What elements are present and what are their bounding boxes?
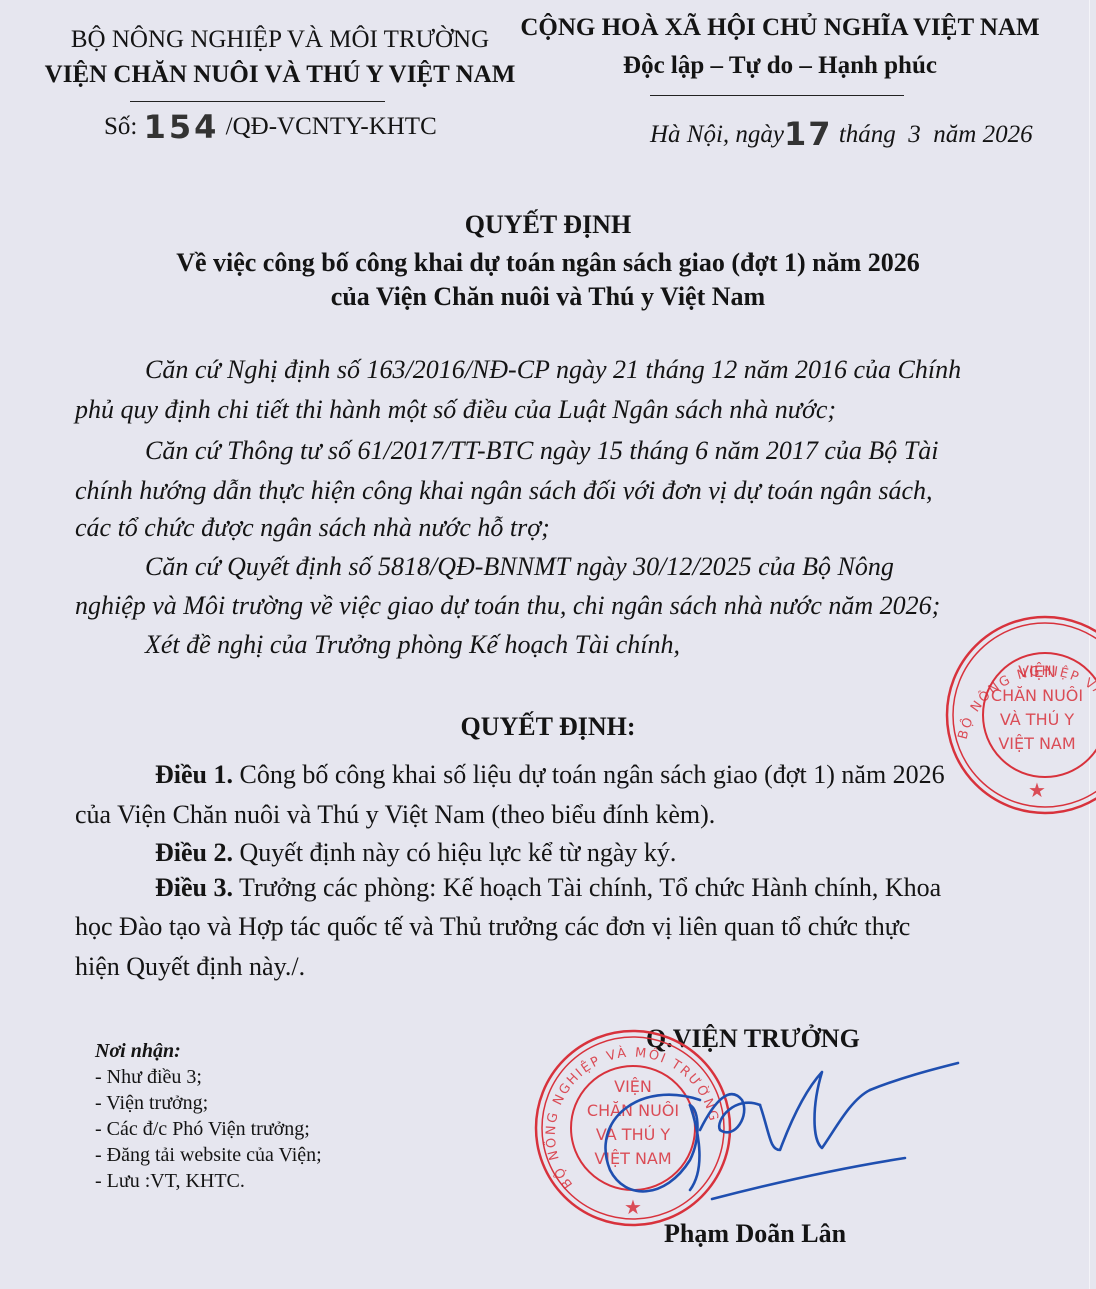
doc-number-suffix: /QĐ-VCNTY-KHTC [226, 113, 437, 140]
doc-number-prefix: Số: [104, 113, 137, 140]
article-3-text: Trưởng các phòng: Kế hoạch Tài chính, Tổ… [233, 873, 941, 902]
preamble-2-line2: chính hướng dẫn thực hiện công khai ngân… [75, 476, 933, 506]
recipient-item: - Các đ/c Phó Viện trưởng; [95, 1118, 310, 1141]
page-edge [1089, 0, 1090, 1289]
article-1-line2: của Viện Chăn nuôi và Thú y Việt Nam (th… [75, 800, 715, 830]
svg-text:VIỆN: VIỆN [614, 1077, 652, 1096]
svg-text:CHĂN NUÔI: CHĂN NUÔI [587, 1101, 679, 1120]
article-2: Điều 2. Quyết định này có hiệu lực kể từ… [155, 838, 676, 868]
document-subtitle-line2: của Viện Chăn nuôi và Thú y Việt Nam [0, 282, 1096, 312]
svg-text:CHĂN NUÔI: CHĂN NUÔI [991, 686, 1083, 705]
signer-name: Phạm Doãn Lân [664, 1219, 846, 1249]
svg-text:VIỆN: VIỆN [1018, 662, 1056, 681]
date-suffix: tháng 3 năm 2026 [833, 121, 1033, 148]
article-2-label: Điều 2. [155, 838, 233, 867]
recipient-item: - Viện trưởng; [95, 1092, 208, 1115]
article-1-text: Công bố công khai số liệu dự toán ngân s… [233, 760, 945, 789]
preamble-3-line2: nghiệp và Môi trường về việc giao dự toá… [75, 591, 940, 621]
signer-title: Q.VIỆN TRƯỞNG [646, 1024, 860, 1054]
date-day-stamp: 17 [784, 115, 833, 153]
article-3-line3: hiện Quyết định này./. [75, 952, 305, 982]
preamble-3-line1: Căn cứ Quyết định số 5818/QĐ-BNNMT ngày … [145, 552, 894, 582]
article-3-line2: học Đào tạo và Hợp tác quốc tế và Thủ tr… [75, 912, 910, 942]
svg-text:VIỆT NAM: VIỆT NAM [594, 1149, 671, 1168]
issue-date: Hà Nội, ngày17 tháng 3 năm 2026 [650, 112, 1033, 150]
article-3-line1: Điều 3. Trưởng các phòng: Kế hoạch Tài c… [155, 873, 941, 903]
preamble-1-line2: phủ quy định chi tiết thi hành một số đi… [75, 395, 836, 425]
recipient-item: - Như điều 3; [95, 1066, 202, 1089]
document-title: QUYẾT ĐỊNH [0, 210, 1096, 240]
date-prefix: Hà Nội, ngày [650, 121, 784, 148]
article-1-line1: Điều 1. Công bố công khai số liệu dự toá… [155, 760, 945, 790]
republic-name: CỘNG HOÀ XÃ HỘI CHỦ NGHĨA VIỆT NAM [520, 14, 1040, 42]
header-right-rule [650, 95, 904, 96]
preamble-1-line1: Căn cứ Nghị định số 163/2016/NĐ-CP ngày … [145, 355, 961, 385]
ministry-name: BỘ NÔNG NGHIỆP VÀ MÔI TRƯỜNG [40, 26, 520, 54]
svg-text:BỘ NÔNG NGHIỆP VÀ MÔI TRƯỜNG: BỘ NÔNG NGHIỆP VÀ MÔI TRƯỜNG [543, 1045, 721, 1191]
article-2-text: Quyết định này có hiệu lực kể từ ngày ký… [233, 838, 676, 867]
svg-text:★: ★ [1028, 780, 1046, 802]
article-1-label: Điều 1. [155, 760, 233, 789]
svg-text:BỘ NÔNG NGHIỆP VÀ MÔI TRƯỜNG: BỘ NÔNG NGHIỆP VÀ MÔI TRƯỜNG [956, 664, 1096, 756]
official-seal-icon: VIỆN CHĂN NUÔI VÀ THÚ Y VIỆT NAM ★ BỘ NÔ… [536, 1031, 730, 1225]
document-subtitle-line1: Về việc công bố công khai dự toán ngân s… [0, 248, 1096, 278]
decision-heading: QUYẾT ĐỊNH: [0, 712, 1096, 742]
svg-text:VÀ THÚ Y: VÀ THÚ Y [596, 1125, 671, 1144]
recipients-title: Nơi nhận: [95, 1040, 181, 1063]
header-left-rule [130, 101, 385, 102]
handwritten-signature-icon [606, 1063, 958, 1199]
preamble-2-line1: Căn cứ Thông tư số 61/2017/TT-BTC ngày 1… [145, 436, 938, 466]
document-number: Số: 154 /QĐ-VCNTY-KHTC [104, 104, 437, 142]
recipient-item: - Đăng tải website của Viện; [95, 1144, 322, 1167]
institute-name: VIỆN CHĂN NUÔI VÀ THÚ Y VIỆT NAM [40, 61, 520, 89]
svg-text:★: ★ [624, 1197, 642, 1219]
recipient-item: - Lưu :VT, KHTC. [95, 1170, 245, 1193]
doc-number-stamp: 154 [144, 108, 220, 146]
national-motto: Độc lập – Tự do – Hạnh phúc [520, 52, 1040, 80]
preamble-4: Xét đề nghị của Trưởng phòng Kế hoạch Tà… [145, 630, 680, 660]
article-3-label: Điều 3. [155, 873, 233, 902]
preamble-2-line3: các tổ chức được ngân sách nhà nước hỗ t… [75, 513, 550, 543]
document-page: BỘ NÔNG NGHIỆP VÀ MÔI TRƯỜNG VIỆN CHĂN N… [0, 0, 1096, 1289]
